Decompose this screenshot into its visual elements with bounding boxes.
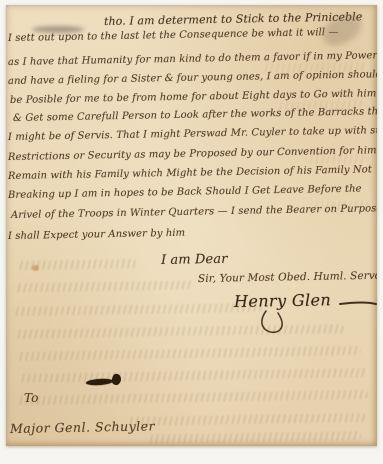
closing-line-1: I am Dear (161, 252, 228, 268)
body-line: I might be of Servis. That I might Persw… (8, 125, 377, 143)
bleedthrough-line (146, 431, 361, 444)
body-line: Remain with his Family which Might be th… (8, 164, 372, 182)
closing-line-2: Sir, Your Most Obed. Huml. Servd. (198, 270, 377, 285)
bleedthrough-line (18, 368, 368, 383)
address-recipient: Major Genl. Schuyler (10, 418, 155, 436)
letter-paper: tho. I am determent to Stick to the Prin… (6, 5, 377, 446)
bleedthrough-line (16, 346, 361, 361)
body-line: Breaking up I am in hopes to be Back Sho… (8, 184, 362, 201)
body-line: and have a fieling for a Sister & four y… (8, 69, 377, 87)
paper-stain (32, 265, 39, 271)
bleedthrough-line (14, 280, 194, 292)
scan-background: { "document": { "kind": "handwritten-let… (0, 0, 383, 464)
signature-flourish (218, 297, 377, 345)
bleedthrough-line (126, 413, 366, 426)
body-line: tho. I am determent to Stick to the Prin… (104, 10, 363, 28)
bleedthrough-line (16, 390, 368, 405)
body-line: Arivel of the Troops in Winter Quarters … (11, 203, 377, 221)
smudge-top-left (32, 26, 84, 33)
body-line: & Get some Carefull Person to Look after… (13, 106, 377, 124)
body-line: I shall Expect your Answer by him (8, 228, 185, 242)
address-to: To (24, 391, 39, 405)
